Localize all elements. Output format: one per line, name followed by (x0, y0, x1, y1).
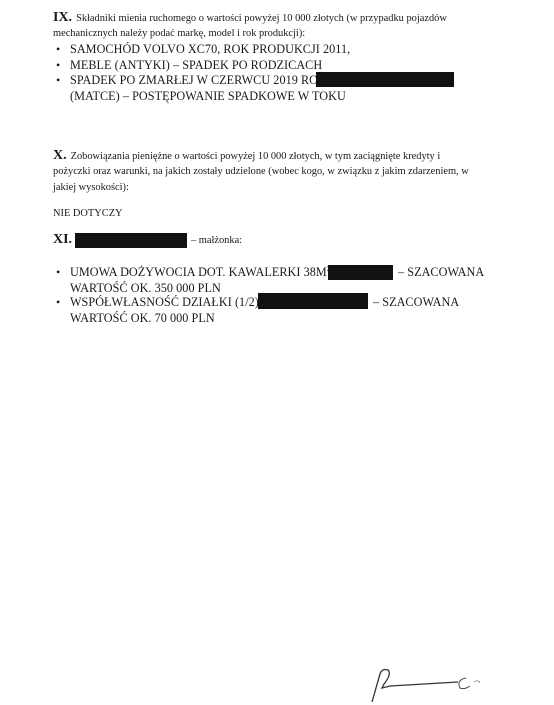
section-xi-item-2-continuation: WARTOŚĆ OK. 70 000 PLN (70, 311, 215, 326)
section-ix-item-1: SAMOCHÓD VOLVO XC70, ROK PRODUKCJI 2011, (70, 42, 350, 57)
bullet-icon: • (56, 265, 60, 280)
section-xi-item-2-after: – SZACOWANA (373, 295, 459, 310)
redaction-block (328, 265, 393, 280)
section-ix-heading-line2: mechanicznych należy podać markę, model … (53, 28, 305, 39)
section-xi-number: XI. (53, 232, 72, 248)
section-x-answer: NIE DOTYCZY (53, 208, 123, 219)
section-xi-item-1-after: – SZACOWANA (398, 265, 484, 280)
bullet-icon: • (56, 58, 60, 73)
section-x-heading-line1: Zobowiązania pieniężne o wartości powyże… (71, 151, 441, 162)
bullet-icon: • (56, 295, 60, 310)
section-x-heading: X. Zobowiązania pieniężne o wartości pow… (53, 146, 440, 164)
section-xi-item-1-text: UMOWA DOŻYWOCIA DOT. KAWALERKI 38M (70, 265, 327, 279)
section-xi-item-2: WSPÓŁWŁASNOŚĆ DZIAŁKI (1/2) W (70, 295, 273, 310)
signature-icon (368, 660, 498, 705)
redaction-block (316, 72, 454, 87)
section-x-heading-line2: pożyczki oraz warunki, na jakich zostały… (53, 166, 469, 177)
section-ix-item-3-continuation: (MATCE) – POSTĘPOWANIE SPADKOWE W TOKU (70, 89, 346, 104)
section-xi-suffix: – małżonka: (191, 235, 242, 246)
section-xi-item-1: UMOWA DOŻYWOCIA DOT. KAWALERKI 38M2 W (70, 265, 345, 280)
section-x-heading-line3: jakiej wysokości): (53, 182, 129, 193)
section-ix-item-2: MEBLE (ANTYKI) – SPADEK PO RODZICACH (70, 58, 322, 73)
section-x-number: X. (53, 148, 67, 163)
section-ix-heading-line1: Składniki mienia ruchomego o wartości po… (76, 13, 447, 24)
section-ix-number: IX. (53, 10, 72, 25)
section-ix-heading: IX. Składniki mienia ruchomego o wartośc… (53, 8, 447, 26)
bullet-icon: • (56, 42, 60, 57)
redaction-block (258, 293, 368, 309)
redaction-block (75, 233, 187, 248)
section-ix-item-3: SPADEK PO ZMARŁEJ W CZERWCU 2019 ROKU (70, 73, 336, 88)
section-xi-item-1-continuation: WARTOŚĆ OK. 350 000 PLN (70, 281, 221, 296)
bullet-icon: • (56, 73, 60, 88)
